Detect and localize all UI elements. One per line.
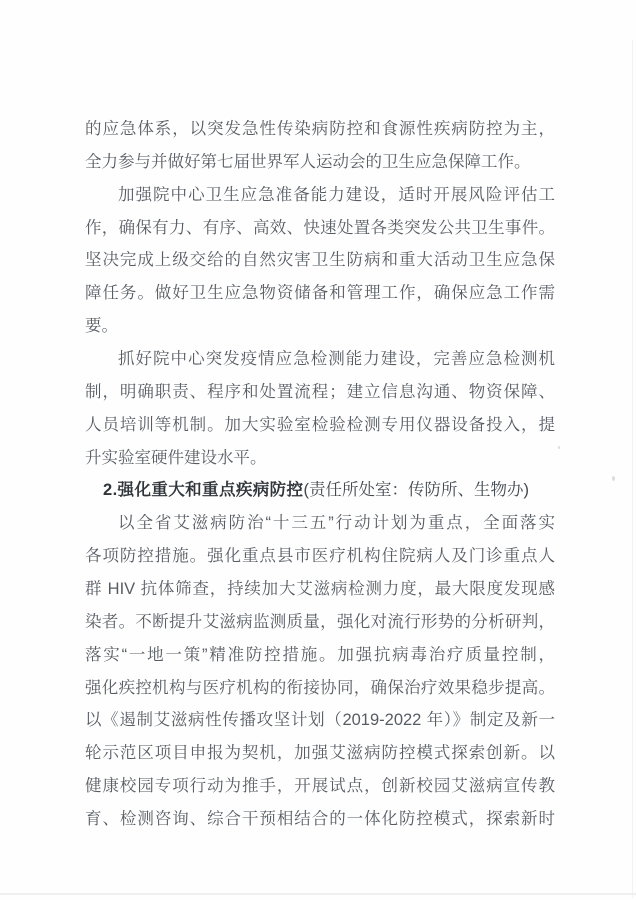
- text-line: 抓好院中心突发疫情应急检测能力建设，完善应急检测机: [85, 343, 555, 376]
- text-line: 人员培训等机制。加大实验室检验检测专用仪器设备投入，提: [85, 409, 555, 442]
- section-heading-department: (责任所处室：传防所、生物办): [303, 481, 529, 499]
- scan-edge-artifact: [0, 893, 636, 895]
- document-page: 的应急体系，以突发急性传染病防控和食源性疾病防控为主， 全力参与并做好第七届世界…: [0, 0, 636, 900]
- text-line: 染者。不断提升艾滋病监测质量，强化对流行形势的分析研判，: [85, 606, 555, 639]
- paragraph-aids-prevention: 以全省艾滋病防治“十三五”行动计划为重点，全面落实 各项防控措施。强化重点县市医…: [85, 507, 555, 836]
- text-line: 作，确保有力、有序、高效、快速处置各类突发公共卫生事件。: [85, 212, 555, 245]
- text-line: 以全省艾滋病防治“十三五”行动计划为重点，全面落实: [85, 507, 555, 540]
- text-line: 障任务。做好卫生应急物资储备和管理工作，确保应急工作需: [85, 277, 555, 310]
- section-heading-title: 2.强化重大和重点疾病防控: [103, 481, 303, 499]
- text-line: 坚决完成上级交给的自然灾害卫生防病和重大活动卫生应急保: [85, 244, 555, 277]
- text-line: 全力参与并做好第七届世界军人运动会的卫生应急保障工作。: [85, 146, 555, 179]
- section-heading: 2.强化重大和重点疾病防控(责任所处室：传防所、生物办): [85, 474, 555, 507]
- text-line: 升实验室硬件建设水平。: [85, 442, 555, 475]
- text-line: 加强院中心卫生应急准备能力建设，适时开展风险评估工: [85, 179, 555, 212]
- text-line: 轮示范区项目申报为契机，加强艾滋病防控模式探索创新。以: [85, 737, 555, 770]
- text-line: 的应急体系，以突发急性传染病防控和食源性疾病防控为主，: [85, 113, 555, 146]
- text-line: 育、检测咨询、综合干预相结合的一体化防控模式，探索新时: [85, 803, 555, 836]
- document-text: 的应急体系，以突发急性传染病防控和食源性疾病防控为主， 全力参与并做好第七届世界…: [85, 113, 555, 836]
- scan-noise-speck: [558, 446, 560, 449]
- scan-edge-artifact: [632, 40, 633, 898]
- paragraph-emergency-testing: 抓好院中心突发疫情应急检测能力建设，完善应急检测机 制，明确职责、程序和处置流程…: [85, 343, 555, 474]
- text-line: 健康校园专项行动为推手，开展试点，创新校园艾滋病宣传教: [85, 770, 555, 803]
- scan-noise-speck: [612, 476, 615, 481]
- text-line: 制，明确职责、程序和处置流程；建立信息沟通、物资保障、: [85, 376, 555, 409]
- text-line: 各项防控措施。强化重点县市医疗机构住院病人及门诊重点人: [85, 540, 555, 573]
- text-line: 以《遏制艾滋病性传播攻坚计划（2019-2022 年）》制定及新一: [85, 704, 555, 737]
- text-line: 落实“一地一策”精准防控措施。加强抗病毒治疗质量控制，: [85, 639, 555, 672]
- paragraph-emergency-system: 的应急体系，以突发急性传染病防控和食源性疾病防控为主， 全力参与并做好第七届世界…: [85, 113, 555, 179]
- text-line: 要。: [85, 310, 555, 343]
- paragraph-emergency-preparedness: 加强院中心卫生应急准备能力建设，适时开展风险评估工 作，确保有力、有序、高效、快…: [85, 179, 555, 343]
- text-line: 群 HIV 抗体筛查，持续加大艾滋病检测力度，最大限度发现感: [85, 573, 555, 606]
- text-line: 强化疾控机构与医疗机构的衔接协同，确保治疗效果稳步提高。: [85, 672, 555, 705]
